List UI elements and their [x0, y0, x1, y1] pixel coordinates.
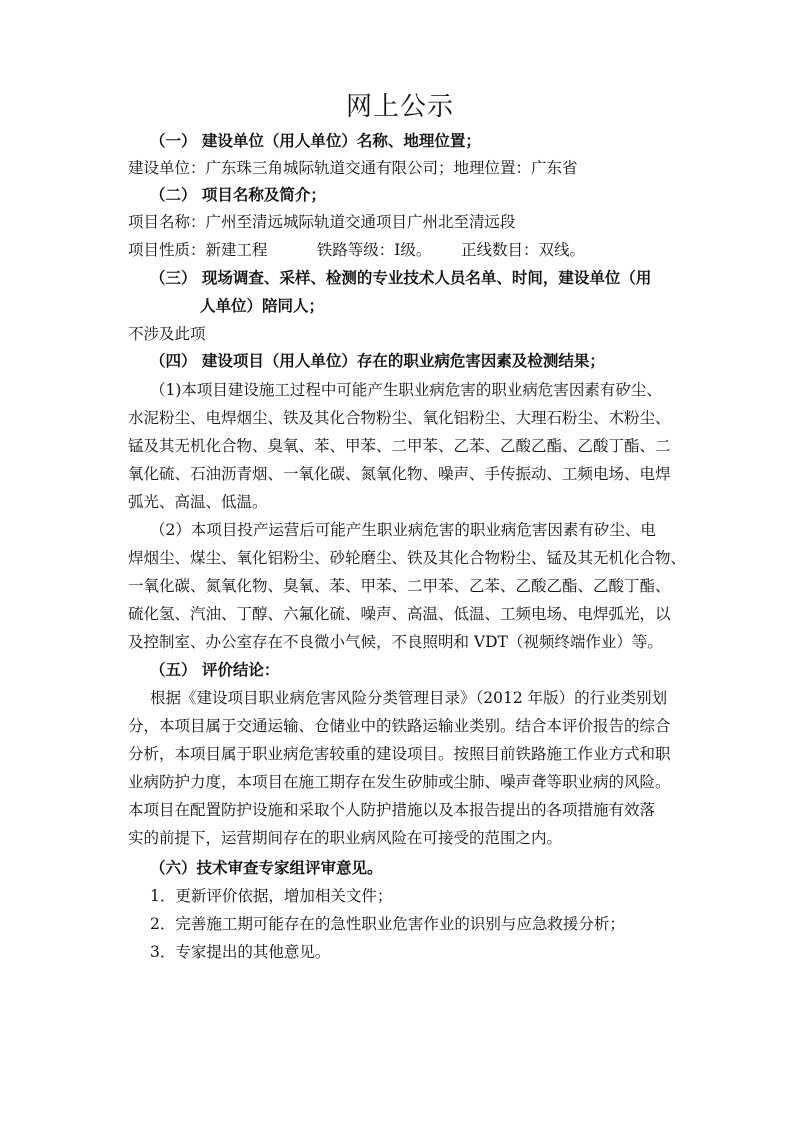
section-6-heading: （六）技术审查专家组评审意见。: [150, 858, 710, 878]
section-5-line: 业病防护力度，本项目在施工期存在发生矽肺或尘肺、噪声聋等职业病的风险。: [128, 772, 688, 792]
section-4-p2-line: 焊烟尘、煤尘、氧化铝粉尘、砂轮磨尘、铁及其化合物粉尘、锰及其无机化合物、: [128, 548, 688, 568]
document-page: 网上公示 （一） 建设单位（用人单位）名称、地理位置； 建设单位：广东珠三角城际…: [0, 0, 800, 1131]
section-4-p1-line: 氧化硫、石油沥青烟、一氧化碳、氮氧化物、噪声、手传振动、工频电场、电焊: [128, 464, 688, 484]
section-4-heading: （四） 建设项目（用人单位）存在的职业病危害因素及检测结果；: [150, 351, 710, 371]
project-name: 项目名称：广州至清远城际轨道交通项目广州北至清远段: [128, 212, 688, 232]
section-4-p2-line: （2）本项目投产运营后可能产生职业病危害的职业病危害因素有矽尘、电: [150, 520, 710, 540]
section-5-line: 本项目在配置防护设施和采取个人防护措施以及本报告提出的各项措施有效落: [128, 800, 688, 820]
section-3-text: 不涉及此项: [128, 324, 688, 344]
review-item: 1．更新评价依据，增加相关文件；: [150, 886, 710, 906]
section-3-heading: （三） 现场调查、采样、检测的专业技术人员名单、时间，建设单位（用: [150, 268, 710, 288]
section-4-p1-line: 弧光、高温、低温。: [128, 492, 688, 512]
section-4-p1-line: 锰及其无机化合物、臭氧、苯、甲苯、二甲苯、乙苯、乙酸乙酯、乙酸丁酯、二: [128, 436, 688, 456]
page-title: 网上公示: [0, 90, 800, 124]
section-5-line: 实的前提下，运营期间存在的职业病风险在可接受的范围之内。: [128, 828, 688, 848]
section-3-heading-cont: 人单位）陪同人；: [200, 296, 760, 316]
section-4-p1-line: （1)本项目建设施工过程中可能产生职业病危害的职业病危害因素有矽尘、: [150, 380, 710, 400]
section-1-text: 建设单位：广东珠三角城际轨道交通有限公司；地理位置：广东省: [128, 158, 688, 178]
review-item: 2．完善施工期可能存在的急性职业危害作业的识别与应急救援分析；: [150, 914, 710, 934]
section-1-heading: （一） 建设单位（用人单位）名称、地理位置；: [150, 131, 710, 151]
section-4-p2-line: 硫化氢、汽油、丁醇、六氟化硫、噪声、高温、低温、工频电场、电焊弧光，以: [128, 604, 688, 624]
section-5-heading: （五） 评价结论：: [150, 660, 710, 680]
section-5-line: 根据《建设项目职业病危害风险分类管理目录》（2012 年版）的行业类别划: [150, 688, 710, 708]
section-4-p2-line: 一氧化碳、氮氧化物、臭氧、苯、甲苯、二甲苯、乙苯、乙酸乙酯、乙酸丁酯、: [128, 576, 688, 596]
section-5-line: 分析，本项目属于职业病危害较重的建设项目。按照目前铁路施工作业方式和职: [128, 744, 688, 764]
section-2-heading: （二） 项目名称及简介；: [150, 185, 710, 205]
project-properties: 项目性质：新建工程 铁路等级：Ⅰ级。 正线数目：双线。: [128, 240, 688, 260]
section-4-p1-line: 水泥粉尘、电焊烟尘、铁及其化合物粉尘、氧化铝粉尘、大理石粉尘、木粉尘、: [128, 408, 688, 428]
review-item: 3．专家提出的其他意见。: [150, 942, 710, 962]
section-4-p2-line: 及控制室、办公室存在不良微小气候，不良照明和 VDT（视频终端作业）等。: [128, 632, 688, 652]
section-5-line: 分，本项目属于交通运输、仓储业中的铁路运输业类别。结合本评价报告的综合: [128, 716, 688, 736]
